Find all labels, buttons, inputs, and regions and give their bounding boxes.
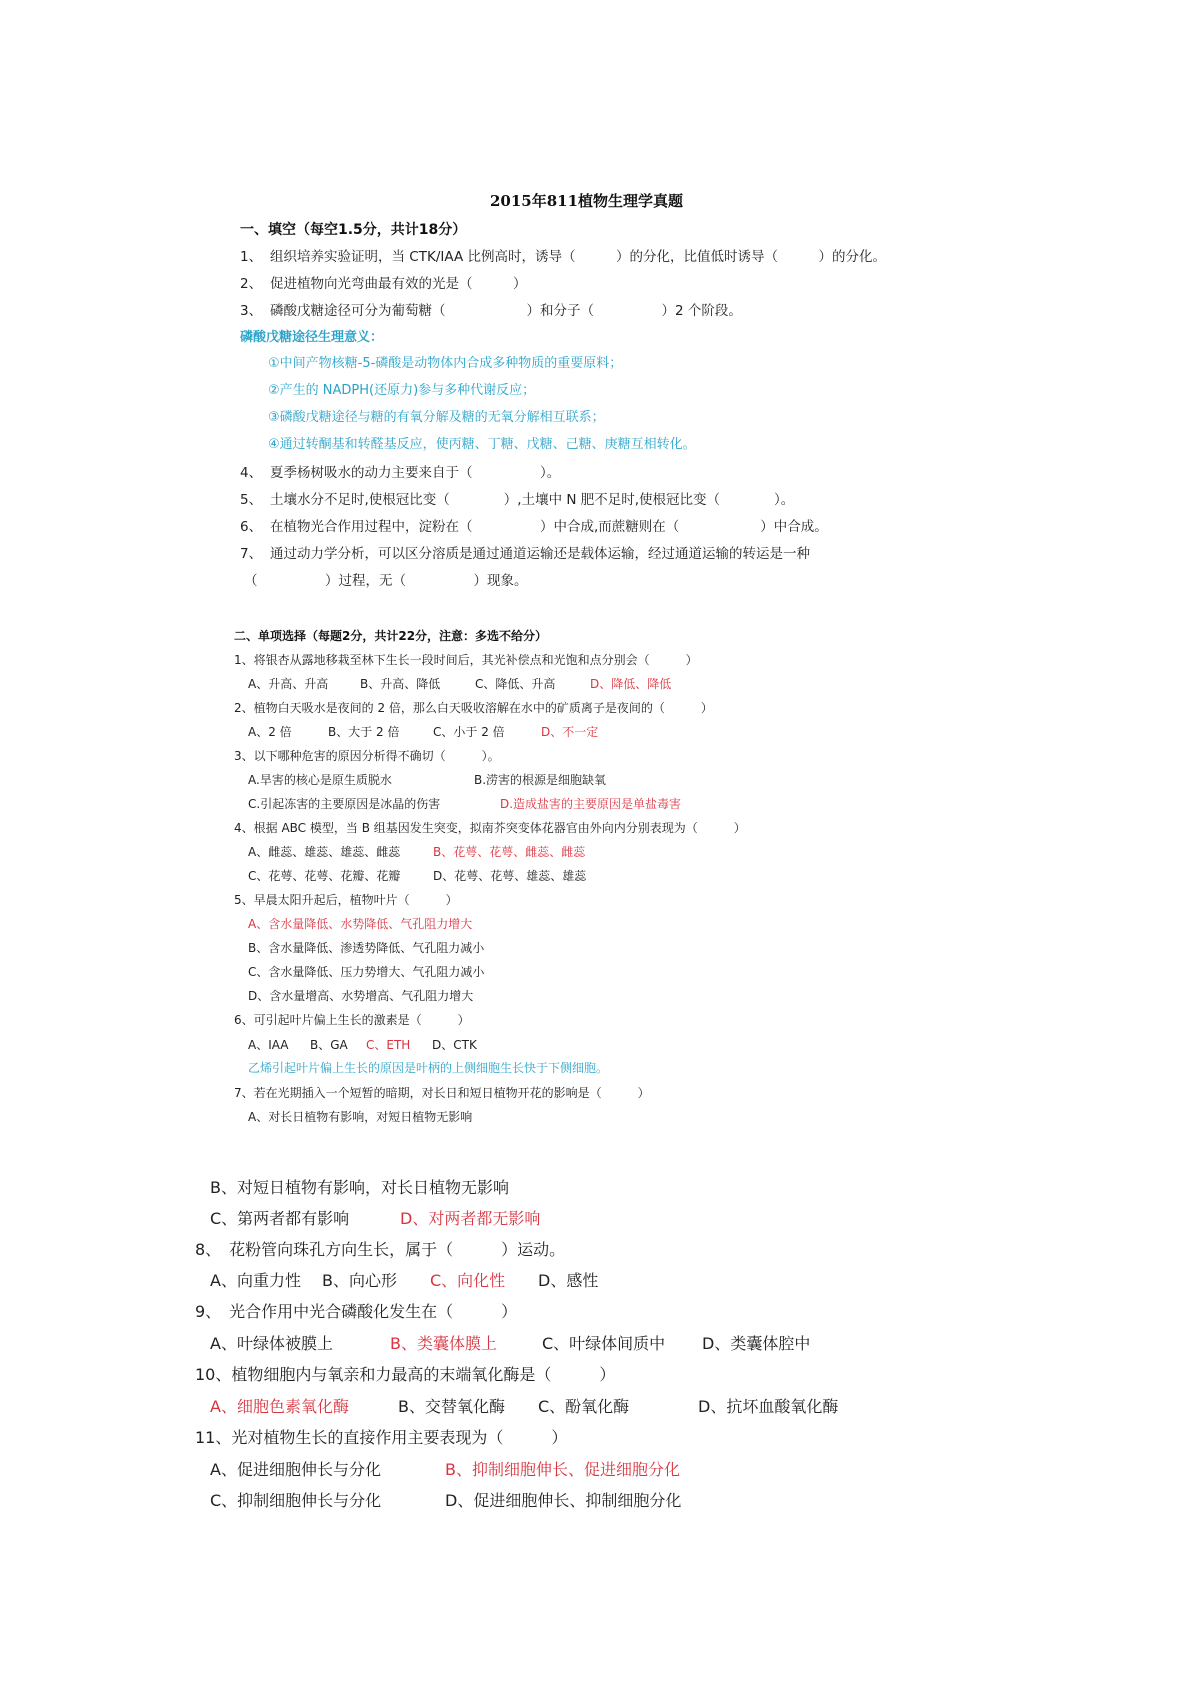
fill-item-3: 3、磷酸戊糖途径可分为葡萄糖（ ）和分子（ ）2 个阶段。 (240, 299, 742, 319)
q6-note: 乙烯引起叶片偏上生长的原因是叶柄的上侧细胞生长快于下侧细胞。 (248, 1059, 608, 1076)
q4-option-d: D、花萼、花萼、雄蕊、雄蕊 (433, 867, 586, 884)
q9-option-b: B、类囊体膜上 (390, 1331, 542, 1354)
q3-option-b: B.涝害的根源是细胞缺氧 (474, 771, 606, 788)
q1-option-b: B、升高、降低 (360, 675, 475, 692)
q11-options-row2: C、抑制细胞伸长与分化D、促进细胞伸长、抑制细胞分化 (210, 1488, 681, 1511)
fill-item-1: 1、组织培养实验证明，当 CTK/IAA 比例高时，诱导（ ）的分化，比值低时诱… (240, 245, 886, 265)
q6-option-a: A、IAA (248, 1036, 310, 1053)
q9-options: A、叶绿体被膜上B、类囊体膜上C、叶绿体间质中D、类囊体腔中 (210, 1331, 810, 1354)
item-text: 土壤水分不足时,使根冠比变（ ）,土壤中 N 肥不足时,使根冠比变（ ）。 (270, 492, 794, 508)
q4-option-c: C、花萼、花萼、花瓣、花瓣 (248, 867, 433, 884)
q7-stem: 7、若在光期插入一个短暂的暗期，对长日和短日植物开花的影响是（ ） (234, 1084, 650, 1101)
q1-option-c: C、降低、升高 (475, 675, 590, 692)
q4-option-b: B、花萼、花萼、雌蕊、雌蕊 (433, 843, 585, 860)
q10-options: A、细胞色素氧化酶B、交替氧化酶C、酚氧化酶D、抗坏血酸氧化酶 (210, 1394, 838, 1417)
q6-option-c: C、ETH (366, 1036, 432, 1053)
q3-option-a: A.旱害的核心是原生质脱水 (248, 771, 474, 788)
q11-option-d: D、促进细胞伸长、抑制细胞分化 (445, 1488, 681, 1511)
note-heading: 磷酸戊糖途径生理意义： (240, 326, 383, 345)
q5-stem: 5、早晨太阳升起后，植物叶片（ ） (234, 891, 458, 908)
q8-stem: 8、 花粉管向珠孔方向生长，属于（ ）运动。 (195, 1237, 565, 1260)
item-number: 1、 (240, 245, 270, 265)
q2-option-c: C、小于 2 倍 (433, 723, 541, 740)
q3-options-row1: A.旱害的核心是原生质脱水B.涝害的根源是细胞缺氧 (248, 771, 606, 788)
q6-options: A、IAAB、GAC、ETHD、CTK (248, 1036, 477, 1053)
q8-option-b: B、向心形 (322, 1268, 430, 1291)
q6-option-b: B、GA (310, 1036, 366, 1053)
note-point-2: ②产生的 NADPH(还原力)参与多种代谢反应； (268, 379, 535, 398)
q2-option-a: A、2 倍 (248, 723, 328, 740)
q8-option-c: C、向化性 (430, 1268, 538, 1291)
q2-options: A、2 倍B、大于 2 倍C、小于 2 倍D、不一定 (248, 723, 598, 740)
exam-page: 2015年811植物生理学真题 一、填空（每空1.5分，共计18分） 1、组织培… (0, 0, 1190, 1683)
q8-option-d: D、感性 (538, 1268, 598, 1291)
item-text: 通过动力学分析，可以区分溶质是通过通道运输还是载体运输，经过通道运输的转运是一种 (270, 546, 810, 562)
q11-stem: 11、光对植物生长的直接作用主要表现为（ ） (195, 1425, 567, 1448)
note-point-3: ③磷酸戊糖途径与糖的有氧分解及糖的无氧分解相互联系； (268, 406, 605, 425)
q3-options-row2: C.引起冻害的主要原因是冰晶的伤害D.造成盐害的主要原因是单盐毒害 (248, 795, 681, 812)
q7-options-row: C、第两者都有影响D、对两者都无影响 (210, 1206, 540, 1229)
q7-option-a: A、对长日植物有影响，对短日植物无影响 (248, 1108, 472, 1125)
q3-option-d: D.造成盐害的主要原因是单盐毒害 (500, 795, 681, 812)
q9-option-a: A、叶绿体被膜上 (210, 1331, 390, 1354)
q8-option-a: A、向重力性 (210, 1268, 322, 1291)
q11-option-b: B、抑制细胞伸长、促进细胞分化 (445, 1457, 680, 1480)
q1-stem: 1、将银杏从露地移栽至林下生长一段时间后，其光补偿点和光饱和点分别会（ ） (234, 651, 698, 668)
q10-option-b: B、交替氧化酶 (398, 1394, 538, 1417)
q1-options: A、升高、升高B、升高、降低C、降低、升高D、降低、降低 (248, 675, 671, 692)
fill-item-7: 7、通过动力学分析，可以区分溶质是通过通道运输还是载体运输，经过通道运输的转运是… (240, 542, 810, 562)
q1-option-d: D、降低、降低 (590, 675, 671, 692)
section1-heading: 一、填空（每空1.5分，共计18分） (240, 219, 466, 239)
item-text: 促进植物向光弯曲最有效的光是（ ） (270, 276, 527, 292)
item-text: 组织培养实验证明，当 CTK/IAA 比例高时，诱导（ ）的分化，比值低时诱导（… (270, 249, 886, 265)
item-number: 7、 (240, 542, 270, 562)
fill-item-4: 4、夏季杨树吸水的动力主要来自于（ ）。 (240, 461, 560, 481)
q5-option-c: C、含水量降低、压力势增大、气孔阻力减小 (248, 963, 484, 980)
q1-option-a: A、升高、升高 (248, 675, 360, 692)
q4-options-row1: A、雌蕊、雄蕊、雄蕊、雌蕊B、花萼、花萼、雌蕊、雌蕊 (248, 843, 585, 860)
section2-heading: 二、单项选择（每题2分，共计22分，注意：多选不给分） (234, 627, 547, 644)
q11-option-a: A、促进细胞伸长与分化 (210, 1457, 445, 1480)
q9-option-d: D、类囊体腔中 (702, 1331, 810, 1354)
q11-options-row1: A、促进细胞伸长与分化B、抑制细胞伸长、促进细胞分化 (210, 1457, 680, 1480)
item-number: 6、 (240, 515, 270, 535)
fill-item-2: 2、促进植物向光弯曲最有效的光是（ ） (240, 272, 527, 292)
q5-option-d: D、含水量增高、水势增高、气孔阻力增大 (248, 987, 473, 1004)
note-point-4: ④通过转酮基和转醛基反应，使丙糖、丁糖、戊糖、己糖、庚糖互相转化。 (268, 433, 696, 452)
item-text: 夏季杨树吸水的动力主要来自于（ ）。 (270, 465, 560, 481)
q6-stem: 6、可引起叶片偏上生长的激素是（ ） (234, 1011, 470, 1028)
fill-item-5: 5、土壤水分不足时,使根冠比变（ ）,土壤中 N 肥不足时,使根冠比变（ ）。 (240, 488, 794, 508)
q7-option-d: D、对两者都无影响 (400, 1206, 540, 1229)
item-text: 在植物光合作用过程中，淀粉在（ ）中合成,而蔗糖则在（ ）中合成。 (270, 519, 828, 535)
item-number: 4、 (240, 461, 270, 481)
item-text: 磷酸戊糖途径可分为葡萄糖（ ）和分子（ ）2 个阶段。 (270, 303, 742, 319)
q10-stem: 10、植物细胞内与氧亲和力最高的末端氧化酶是（ ） (195, 1362, 615, 1385)
q2-stem: 2、植物白天吸水是夜间的 2 倍，那么白天吸收溶解在水中的矿质离子是夜间的（ ） (234, 699, 713, 716)
q7-option-c: C、第两者都有影响 (210, 1206, 400, 1229)
q9-option-c: C、叶绿体间质中 (542, 1331, 702, 1354)
q6-option-d: D、CTK (432, 1036, 477, 1053)
q5-option-a: A、含水量降低、水势降低、气孔阻力增大 (248, 915, 472, 932)
page-title: 2015年811植物生理学真题 (490, 190, 683, 211)
item-number: 2、 (240, 272, 270, 292)
q11-option-c: C、抑制细胞伸长与分化 (210, 1488, 445, 1511)
q5-option-b: B、含水量降低、渗透势降低、气孔阻力减小 (248, 939, 484, 956)
q4-stem: 4、根据 ABC 模型，当 B 组基因发生突变，拟南芥突变体花器官由外向内分别表… (234, 819, 746, 836)
q10-option-a: A、细胞色素氧化酶 (210, 1394, 398, 1417)
q9-stem: 9、 光合作用中光合磷酸化发生在（ ） (195, 1299, 517, 1322)
q2-option-d: D、不一定 (541, 723, 598, 740)
fill-item-6: 6、在植物光合作用过程中，淀粉在（ ）中合成,而蔗糖则在（ ）中合成。 (240, 515, 828, 535)
q7-option-b: B、对短日植物有影响，对长日植物无影响 (210, 1175, 509, 1198)
q3-option-c: C.引起冻害的主要原因是冰晶的伤害 (248, 795, 500, 812)
q10-option-d: D、抗坏血酸氧化酶 (698, 1394, 838, 1417)
note-point-1: ①中间产物核糖-5-磷酸是动物体内合成多种物质的重要原料； (268, 352, 622, 371)
item-number: 5、 (240, 488, 270, 508)
q2-option-b: B、大于 2 倍 (328, 723, 433, 740)
fill-item-7-cont: （ ）过程，无（ ）现象。 (244, 569, 528, 589)
q4-option-a: A、雌蕊、雄蕊、雄蕊、雌蕊 (248, 843, 433, 860)
q4-options-row2: C、花萼、花萼、花瓣、花瓣D、花萼、花萼、雄蕊、雄蕊 (248, 867, 586, 884)
q3-stem: 3、以下哪种危害的原因分析得不确切（ ）。 (234, 747, 500, 764)
q8-options: A、向重力性B、向心形C、向化性D、感性 (210, 1268, 598, 1291)
item-number: 3、 (240, 299, 270, 319)
q10-option-c: C、酚氧化酶 (538, 1394, 698, 1417)
